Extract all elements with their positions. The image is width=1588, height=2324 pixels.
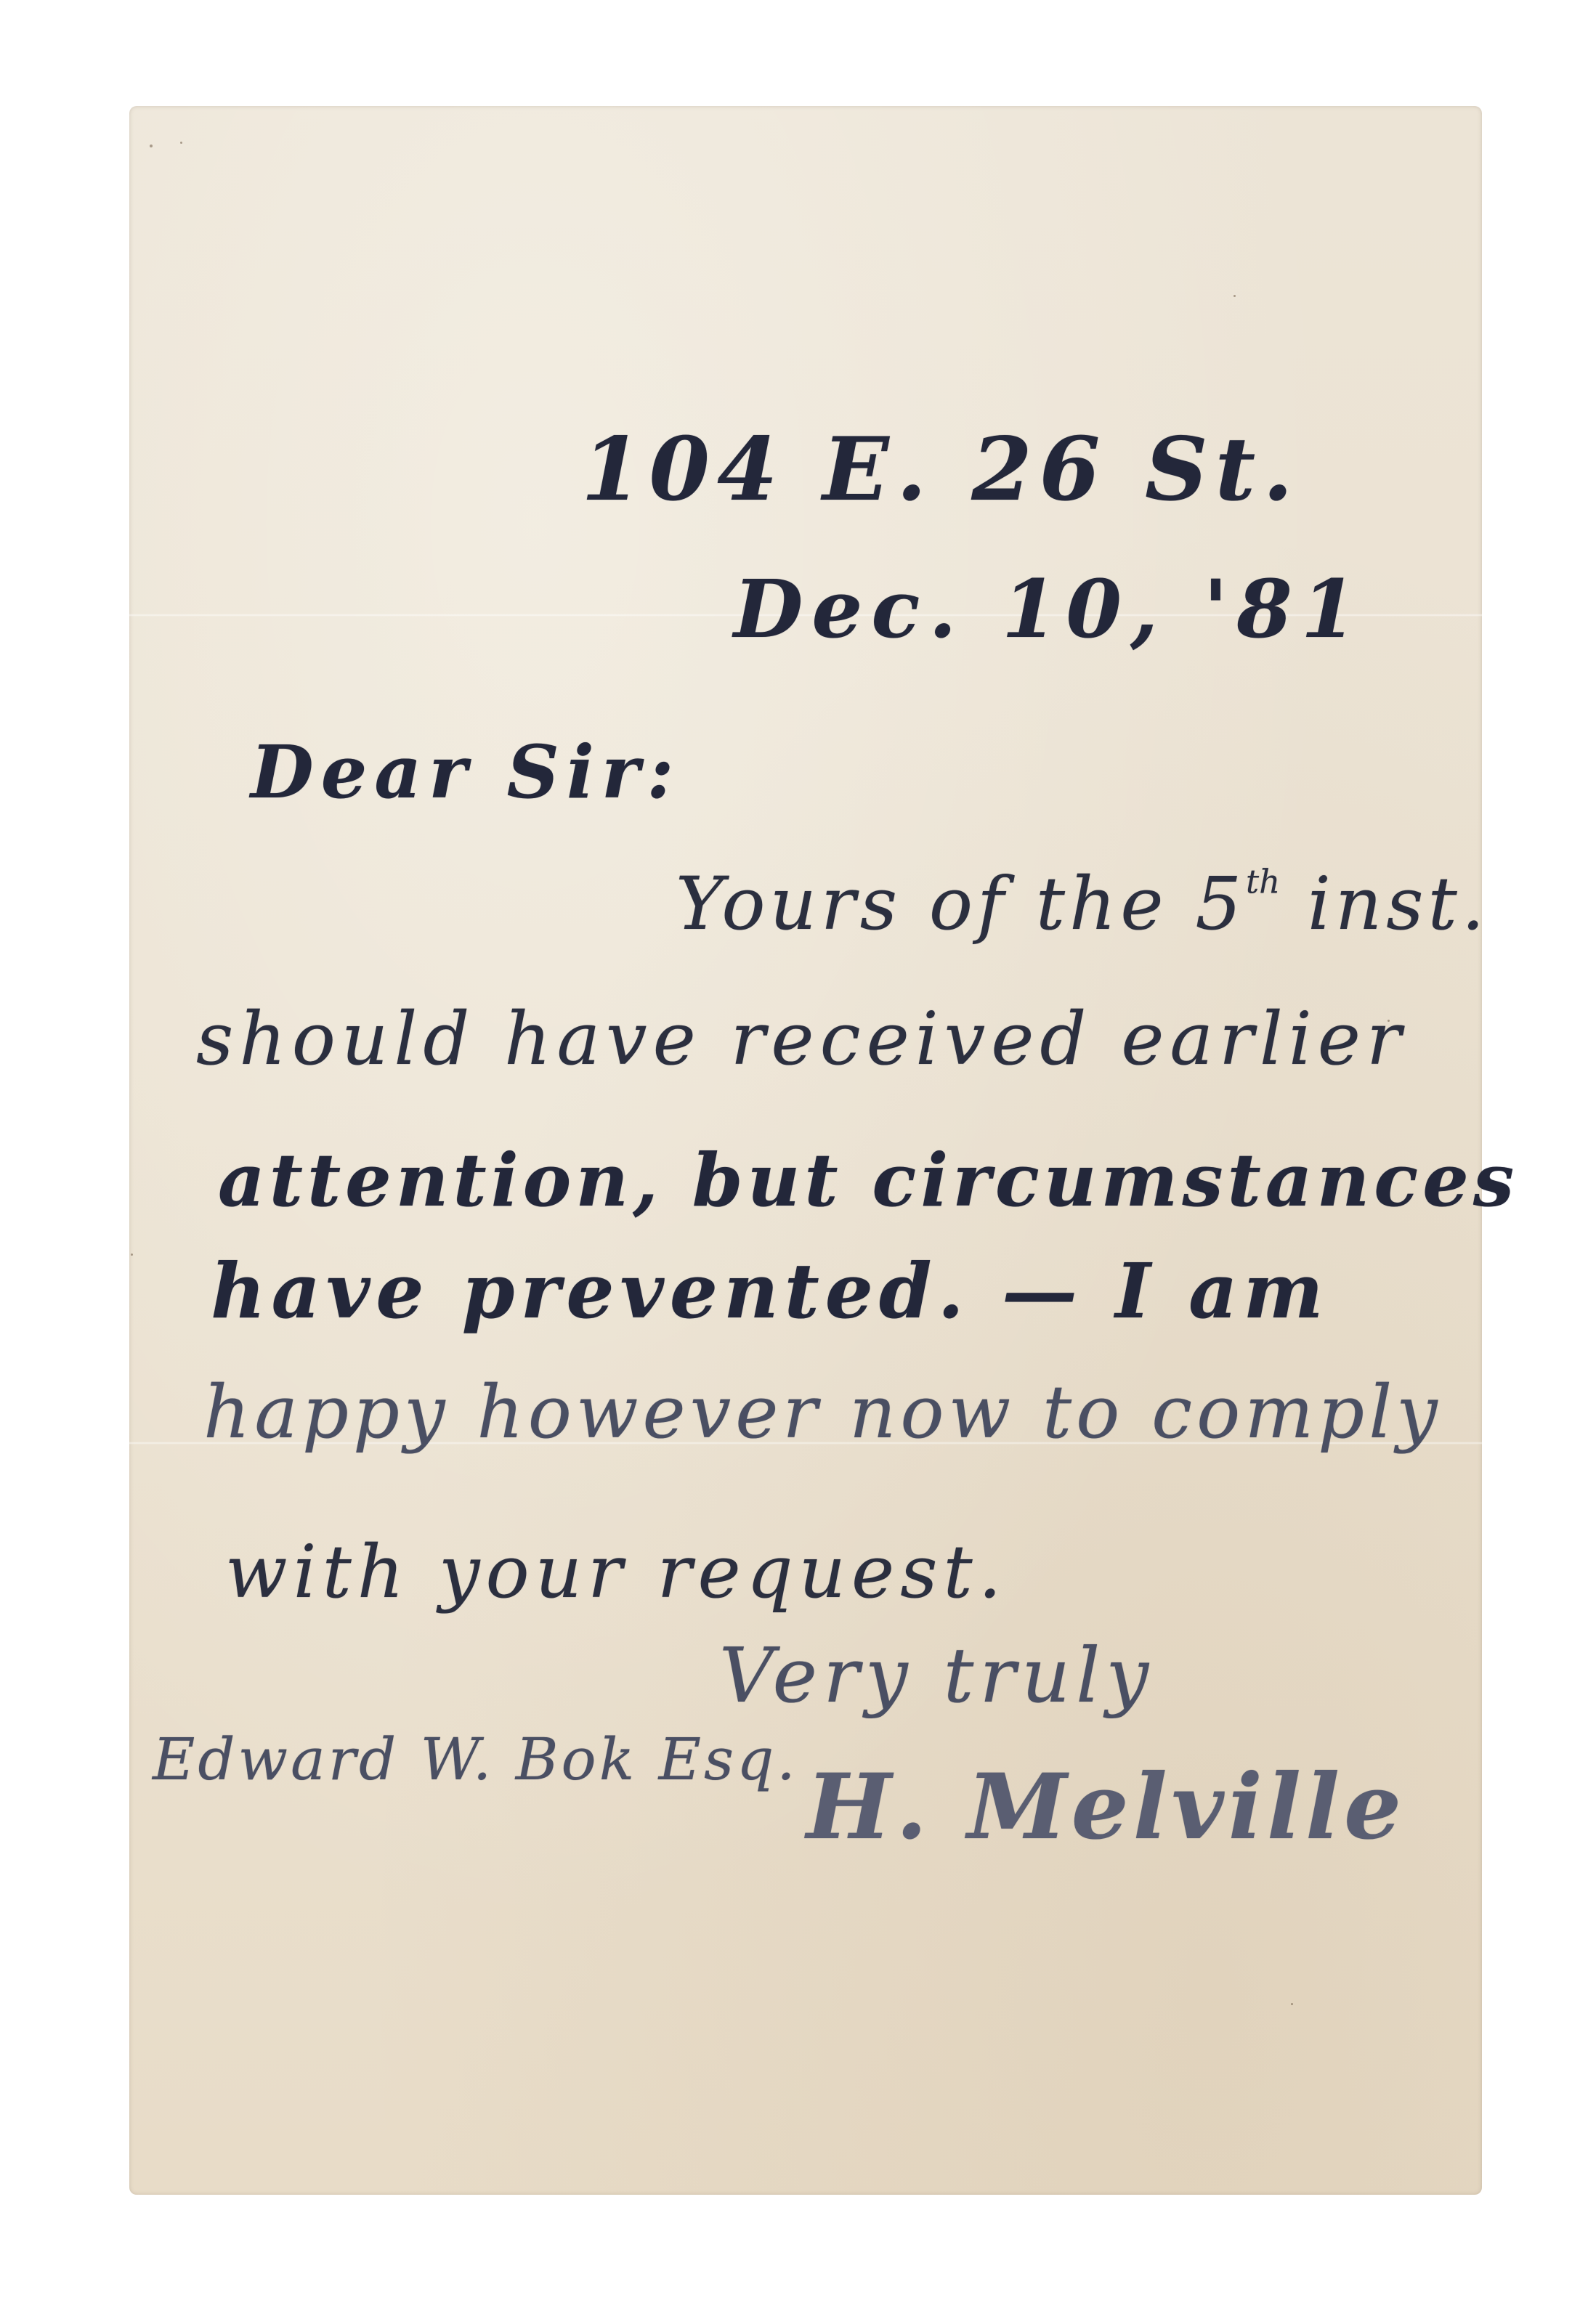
- paper-speck: [1291, 2003, 1293, 2005]
- letter-body-line-3: attention, but circumstances: [218, 1137, 1518, 1223]
- paper-speck: [131, 1254, 133, 1256]
- paper-speck: [1233, 295, 1236, 297]
- ordinal-superscript: th: [1246, 863, 1280, 901]
- letter-body-line-4: have prevented. — I am: [211, 1246, 1329, 1336]
- paper-speck: [180, 142, 182, 144]
- letter-body-line-2: should have received earlier: [196, 996, 1407, 1081]
- body-text: inst.: [1280, 861, 1488, 946]
- letter-body-line-6: with your request.: [225, 1529, 1008, 1614]
- letter-date: Dec. 10, '81: [734, 562, 1365, 656]
- body-text: Yours of the 5: [676, 861, 1246, 946]
- letter-address: 104 E. 26 St.: [581, 418, 1300, 521]
- letter-closing: Very truly: [719, 1631, 1154, 1720]
- letter-body-line-1: Yours of the 5th inst.: [676, 861, 1489, 946]
- letter-body-line-5: happy however now to comply: [203, 1370, 1442, 1455]
- letter-salutation: Dear Sir:: [251, 729, 681, 815]
- letter-paper: 104 E. 26 St. Dec. 10, '81 Dear Sir: You…: [129, 106, 1482, 2195]
- paper-speck: [150, 145, 153, 147]
- letter-signature: H. Melville: [806, 1755, 1406, 1860]
- letter-addressee: Edward W. Bok Esq.: [153, 1726, 798, 1793]
